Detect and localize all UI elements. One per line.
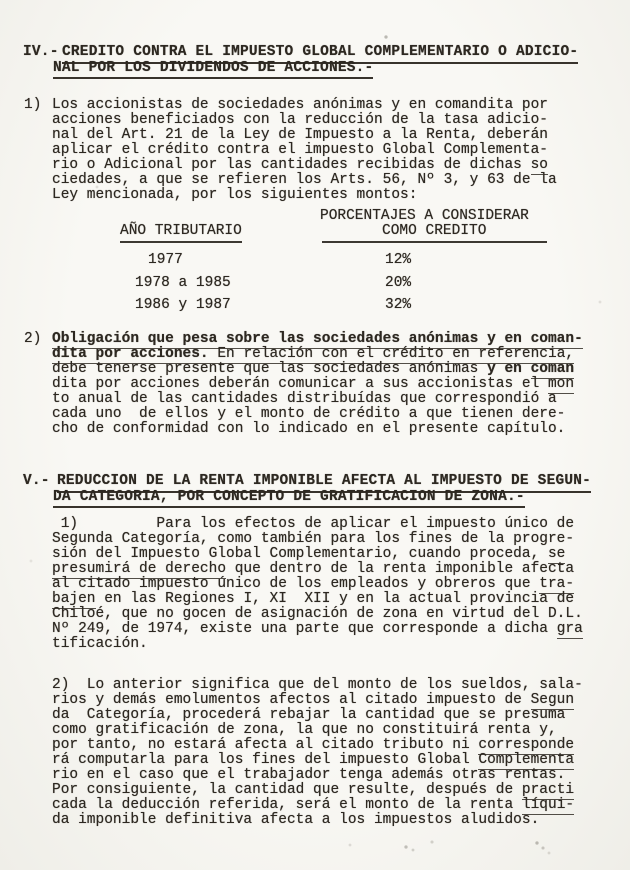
text-segment: rios y demás emolumentos afectos al cita… — [52, 692, 531, 708]
text-segment: gra — [557, 621, 583, 639]
text-segment: cada la deducción referida, será el mont… — [52, 797, 522, 813]
text-line: rios y demás emolumentos afectos al cita… — [52, 693, 574, 708]
text-segment: Chiloé, que no gocen de asignación de zo… — [52, 606, 583, 622]
text-segment: que dentro de la renta imponible afecta — [226, 561, 574, 577]
text-line: NAL POR LOS DIVIDENDOS DE ACCIONES.- — [53, 61, 373, 76]
table-cell-year: 1977 — [148, 253, 183, 268]
text-line: Ley mencionada, por los siguientes monto… — [52, 188, 417, 203]
table-cell-credit-pct: 12% — [385, 253, 411, 268]
table-header-pct-line1: PORCENTAJES A CONSIDERAR — [320, 209, 529, 224]
text-segment: Por consiguiente, la cantidad que result… — [52, 782, 522, 798]
text-line: tificación. — [52, 637, 148, 652]
text-line: ciedades, a que se refieren los Arts. 56… — [52, 173, 557, 188]
text-segment: Nº 249, de 1974, existe una parte que co… — [52, 621, 557, 637]
text-line: por tanto, no estará afecta al citado tr… — [52, 738, 574, 753]
text-line: Segunda Categoría, como también para los… — [52, 532, 574, 547]
table-cell-credit-pct: 20% — [385, 276, 411, 291]
text-line: nal del Art. 21 de la Ley de Impuesto a … — [52, 128, 548, 143]
text-segment: DA CATEGORIA, POR CONCEPTO DE GRATIFICAC… — [53, 489, 525, 509]
text-line: to anual de las cantidades distribuídas … — [52, 392, 557, 407]
text-line: al citado impuesto único de los empleado… — [52, 577, 574, 592]
text-segment: por tanto, no estará afecta al citado tr… — [52, 737, 478, 753]
text-segment: rio o Adicional por las cantidades recib… — [52, 157, 531, 173]
text-line: Chiloé, que no gocen de asignación de zo… — [52, 607, 583, 622]
text-segment: cho de conformidad con lo indicado en el… — [52, 421, 565, 437]
text-segment: ciedades, a que se refieren los Arts. 56… — [52, 172, 557, 188]
text-line: sión del Impuesto Global Complementario,… — [52, 547, 565, 562]
text-segment: tificación. — [52, 636, 148, 652]
text-segment: da imponible definitiva afecta a los imp… — [52, 812, 539, 828]
text-line: acciones beneficiados con la reducción d… — [52, 113, 548, 128]
text-segment: rá computarla para los fines del impuest… — [52, 752, 478, 768]
text-line: Obligación que pesa sobre las sociedades… — [52, 332, 583, 347]
text-line: cada la deducción referida, será el mont… — [52, 798, 574, 813]
document-page: IV.-CREDITO CONTRA EL IMPUESTO GLOBAL CO… — [0, 0, 630, 870]
table-cell-year: 1986 y 1987 — [135, 298, 231, 313]
table-header-rule — [322, 241, 547, 243]
text-line: CREDITO CONTRA EL IMPUESTO GLOBAL COMPLE… — [62, 45, 578, 60]
text-segment: Segunda Categoría, como también para los… — [52, 531, 574, 547]
text-segment: cada uno de ellos y el monto de crédito … — [52, 406, 565, 422]
text-segment: dita por acciones deberán comunicar a su… — [52, 376, 548, 392]
table-cell-credit-pct: 32% — [385, 298, 411, 313]
text-line: da Categoría, procederá rebajar la canti… — [52, 708, 565, 723]
section-iv-heading-number: IV.- — [23, 45, 59, 60]
text-segment: Ley mencionada, por los siguientes monto… — [52, 187, 417, 203]
text-segment: acciones beneficiados con la reducción d… — [52, 112, 548, 128]
table-header-pct-line2: COMO CREDITO — [382, 224, 486, 239]
text-segment: rio en el caso que el trabajador tenga a… — [52, 767, 565, 783]
scan-specks — [0, 0, 2, 2]
text-segment: da Categoría, procederá rebajar la canti… — [52, 707, 565, 723]
text-segment: al citado impuesto único de los empleado… — [52, 576, 539, 592]
table-header-year: AÑO TRIBUTARIO — [120, 224, 242, 243]
text-line: bajen en las Regiones I, XI XII y en la … — [52, 592, 574, 607]
text-line: cho de conformidad con lo indicado en el… — [52, 422, 565, 437]
text-line: Nº 249, de 1974, existe una parte que co… — [52, 622, 583, 637]
text-line: rá computarla para los fines del impuest… — [52, 753, 574, 768]
section-iv-item-2-number: 2) — [24, 332, 41, 347]
text-line: DA CATEGORIA, POR CONCEPTO DE GRATIFICAC… — [53, 490, 525, 505]
text-line: Por consiguiente, la cantidad que result… — [52, 783, 574, 798]
text-line: cada uno de ellos y el monto de crédito … — [52, 407, 565, 422]
text-line: 1) Para los efectos de aplicar el impues… — [52, 517, 574, 532]
section-v-heading-number: V.- — [23, 474, 50, 489]
text-segment: sión del Impuesto Global Complementario,… — [52, 546, 548, 562]
text-line: rio en el caso que el trabajador tenga a… — [52, 768, 565, 783]
text-line: aplicar el crédito contra el impuesto Gl… — [52, 143, 548, 158]
text-segment: debe tenerse presente que las sociedades… — [52, 361, 487, 377]
text-segment: to anual de las cantidades distribuídas … — [52, 391, 557, 407]
text-segment: nal del Art. 21 de la Ley de Impuesto a … — [52, 127, 548, 143]
table-cell-year: 1978 a 1985 — [135, 276, 231, 291]
text-segment: aplicar el crédito contra el impuesto Gl… — [52, 142, 548, 158]
text-line: presumirá de derecho que dentro de la re… — [52, 562, 574, 577]
text-line: dita por acciones deberán comunicar a su… — [52, 377, 574, 392]
text-segment: 2) Lo anterior significa que del monto d… — [52, 677, 583, 693]
text-segment: como gratificación de zona, la que no co… — [52, 722, 557, 738]
text-line: debe tenerse presente que las sociedades… — [52, 362, 574, 377]
text-line: REDUCCION DE LA RENTA IMPONIBLE AFECTA A… — [57, 474, 591, 489]
text-segment: y en — [487, 361, 531, 377]
text-segment: 1) Para los efectos de aplicar el impues… — [52, 516, 574, 532]
text-line: rio o Adicional por las cantidades recib… — [52, 158, 548, 173]
text-segment: Los accionistas de sociedades anónimas y… — [52, 97, 548, 113]
text-segment: en las Regiones I, XI XII y en la actual… — [96, 591, 575, 607]
text-line: como gratificación de zona, la que no co… — [52, 723, 557, 738]
section-iv-item-1-number: 1) — [24, 98, 41, 113]
text-segment: NAL POR LOS DIVIDENDOS DE ACCIONES.- — [53, 60, 373, 80]
text-line: dita por acciones. En relación con el cr… — [52, 347, 574, 362]
text-line: da imponible definitiva afecta a los imp… — [52, 813, 539, 828]
text-line: 2) Lo anterior significa que del monto d… — [52, 678, 583, 693]
text-line: Los accionistas de sociedades anónimas y… — [52, 98, 548, 113]
